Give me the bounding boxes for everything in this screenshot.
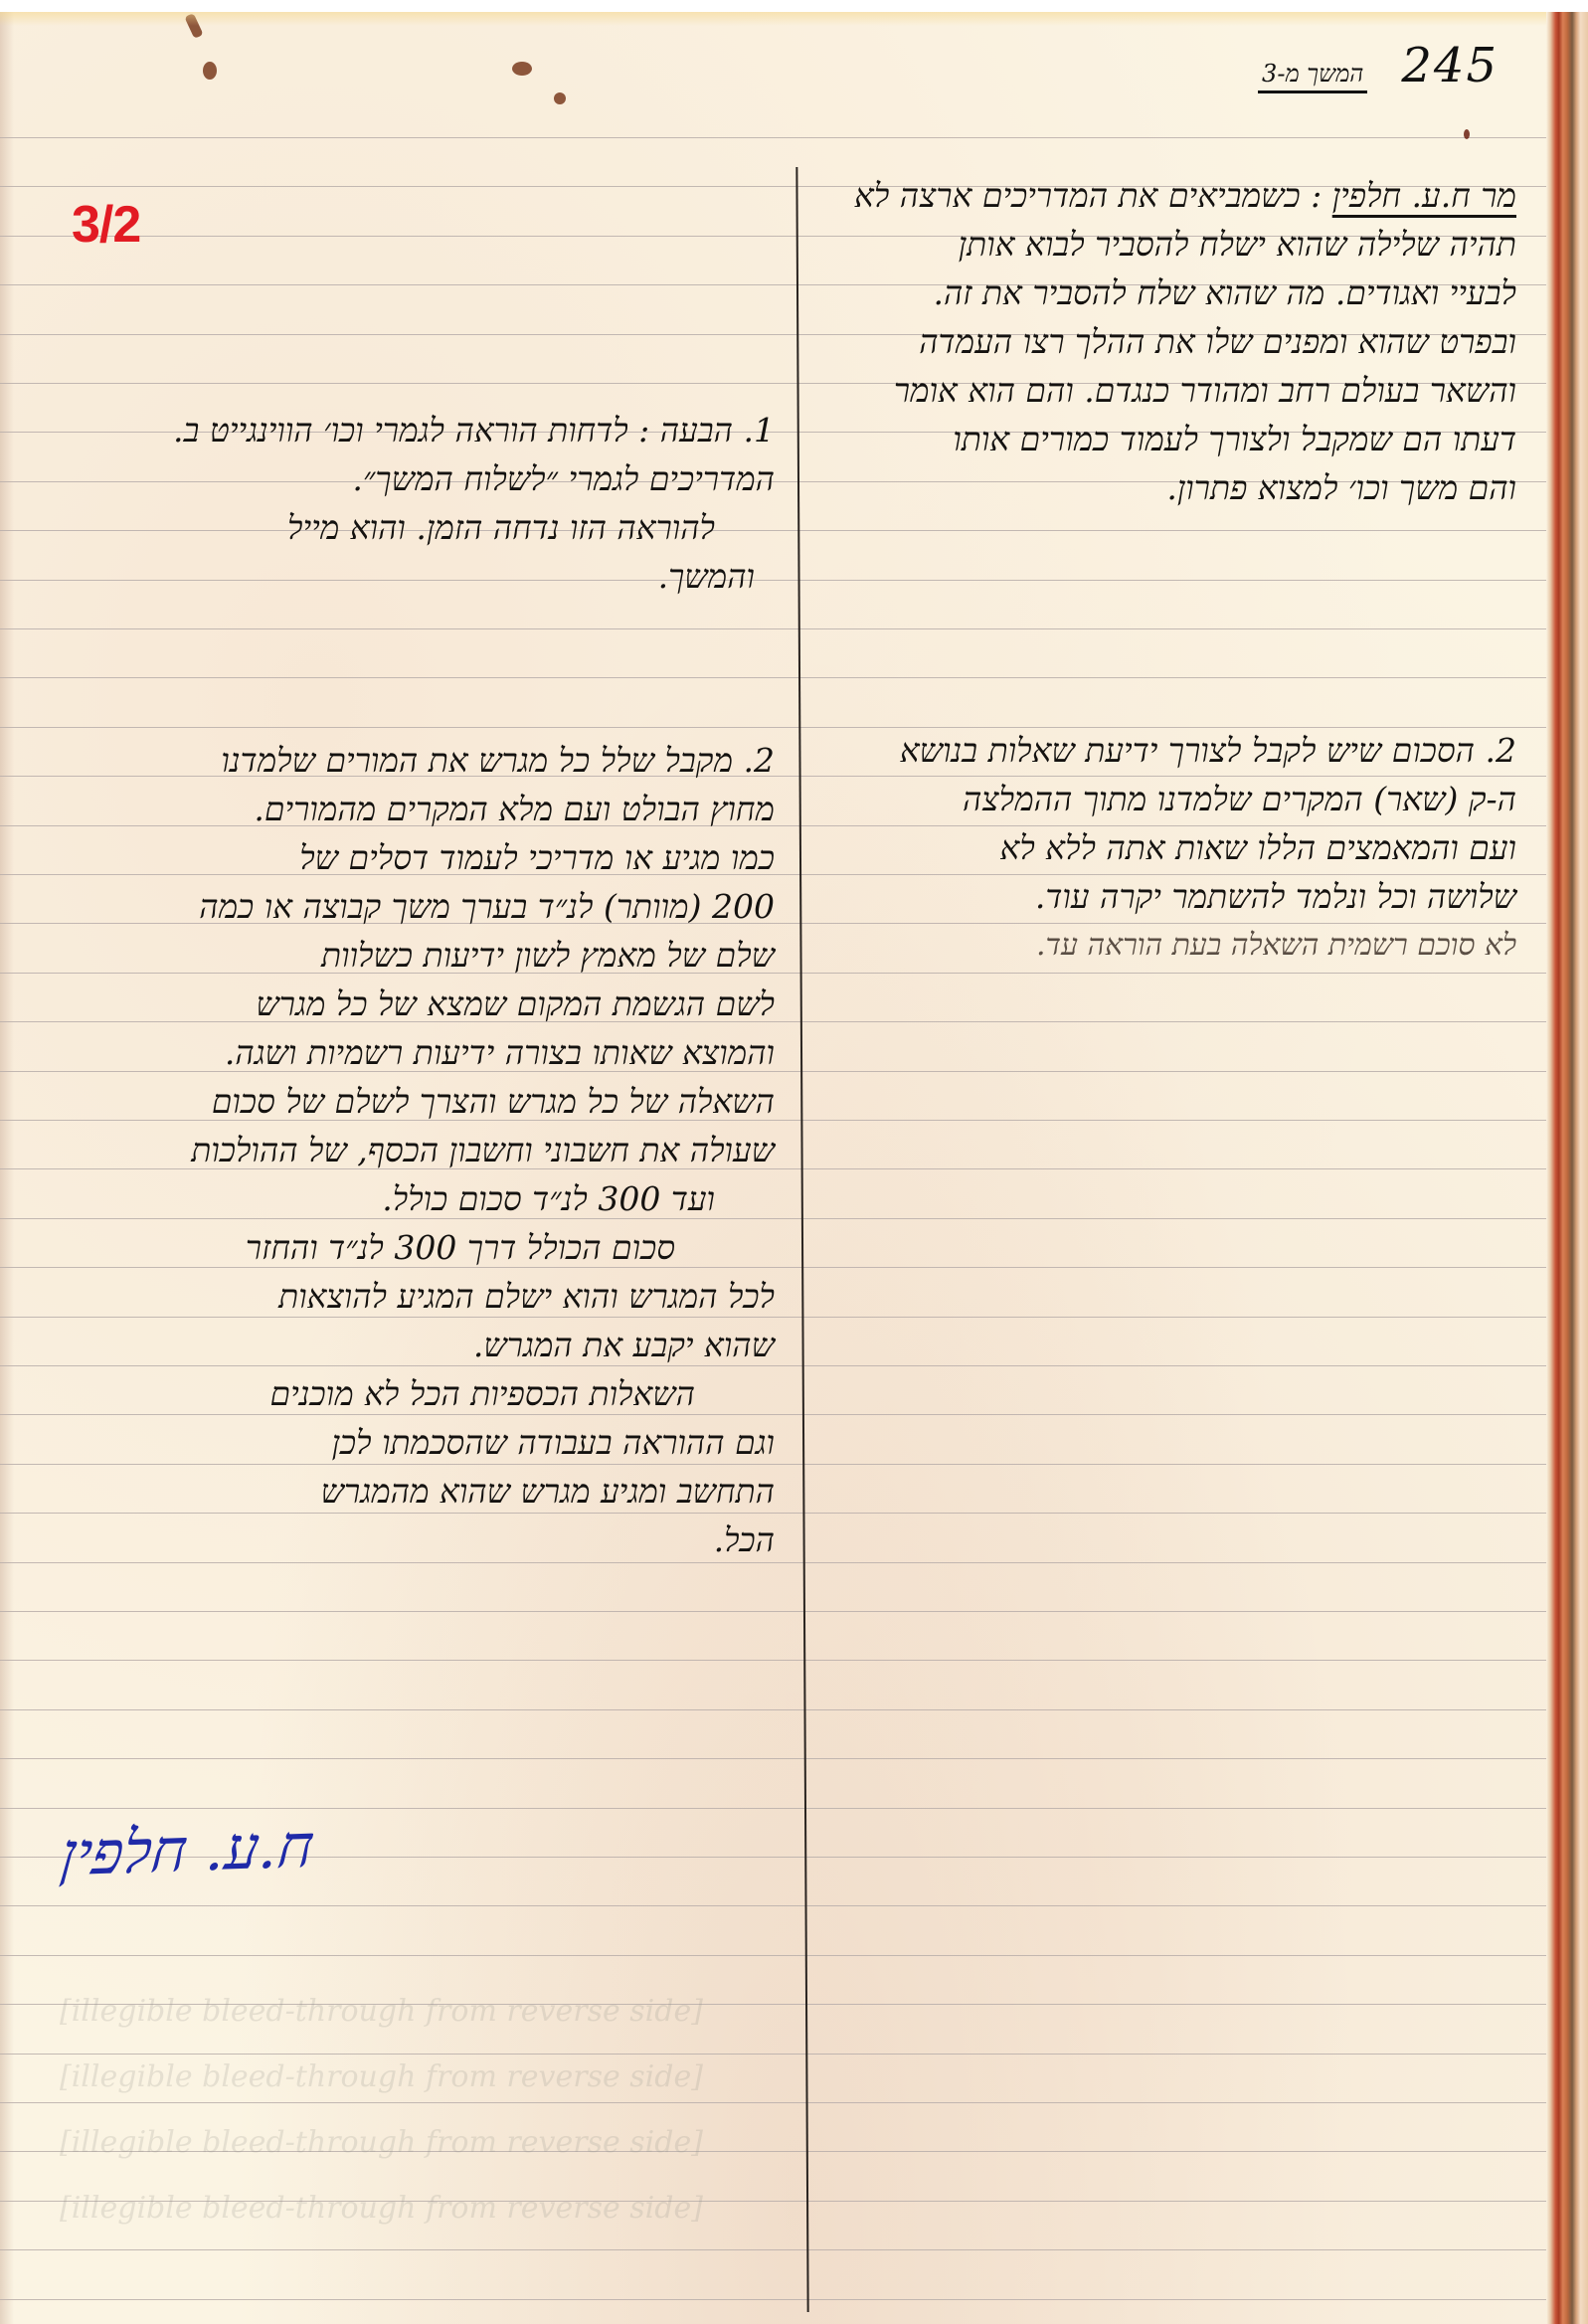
ruled-line	[0, 1709, 1546, 1710]
text-line: שלם של מאמץ לשון ידיעות כשלוות	[79, 931, 775, 980]
ink-stain	[184, 13, 203, 39]
header-title: המשך מ-3	[1258, 60, 1367, 93]
ruled-line	[0, 1808, 1546, 1809]
right-column-block-1: מר ח.ע. חלפין : כשמביאים את המדריכים ארצ…	[820, 171, 1516, 512]
text-line: המדריכים לגמרי ״לשלוח המשך״.	[79, 454, 775, 503]
text-line: וגם ההוראה בעבודה שהסכמתו לכן	[79, 1418, 775, 1467]
text-line: שהוא יקבע את המגרש.	[79, 1321, 775, 1369]
ghost-line: [illegible bleed-through from reverse si…	[60, 2176, 776, 2241]
text-line: סכום הכולל דרך 300 לנ״ד והחזר	[79, 1223, 775, 1272]
text-line: לשם הגשמת המקום שמצא של כל מגרש	[79, 980, 775, 1028]
text-line: התחשב ומגיע מגרש שהוא מהמגרש	[79, 1467, 775, 1516]
ghost-line: [illegible bleed-through from reverse si…	[60, 2110, 776, 2176]
ruled-line	[0, 1955, 1546, 1956]
text-line: להוראה הזו נדחה הזמן. והוא מייל	[79, 503, 775, 552]
signature: ח.ע. חלפין	[58, 1812, 317, 1890]
text-line: הכל.	[79, 1516, 775, 1564]
text-line: ה-ק (שאר) המקרים שלמדנו מתוך ההמלצה	[820, 775, 1516, 823]
ruled-line	[0, 2299, 1546, 2300]
text-line: ובפרט שהוא ומפנים שלו את ההלך רצו העמדה	[820, 317, 1516, 366]
text-line: לבעיי ואגודים. מה שהוא שלח להסביר את זה.	[820, 268, 1516, 317]
text-line: ועם והמאמצים הללו שאות אתה ללא לא	[820, 823, 1516, 872]
page-label: 3/2	[72, 195, 140, 255]
ink-stain	[1464, 129, 1470, 139]
bleed-through-text: [illegible bleed-through from reverse si…	[60, 1979, 776, 2241]
text-line: שעולה את חשבוני וחשבון הכסף, של ההולכות	[79, 1126, 775, 1174]
text-line-rest: : כשמביאים את המדריכים ארצה לא	[854, 176, 1322, 215]
ruled-line	[0, 137, 1546, 138]
text-line-faint: לא סוכם רשמית השאלה בעת הוראה עד.	[820, 921, 1516, 970]
text-line: 1. הבעה : לדחות הוראה לגמרי וכו׳ הווינגי…	[79, 406, 775, 454]
right-column-block-2: 2. הסכום שיש לקבל לצורך ידיעת שאלות בנוש…	[820, 726, 1516, 970]
ruled-line	[0, 628, 1546, 629]
text-line: מר ח.ע. חלפין : כשמביאים את המדריכים ארצ…	[820, 171, 1516, 220]
page-header: המשך מ-3 245	[1258, 38, 1499, 93]
ruled-line	[0, 677, 1546, 678]
text-line: ועד 300 לנ״ד סכום כולל.	[79, 1174, 775, 1223]
ruled-line	[0, 1905, 1546, 1906]
ink-stain	[203, 62, 217, 80]
text-line: 200 (מוותר) לנ״ד בערך משך קבוצה או כמה	[79, 882, 775, 931]
text-line: השאלה של כל מגרש והצרך לשלם של סכום	[79, 1077, 775, 1126]
text-line: והמוצא שאותו בצורה ידיעות רשמיות ושגה.	[79, 1028, 775, 1077]
left-column-block-1: 1. הבעה : לדחות הוראה לגמרי וכו׳ הווינגי…	[79, 406, 775, 601]
ruled-line	[0, 1758, 1546, 1759]
page-number: 245	[1401, 38, 1499, 93]
text-line: 2. הסכום שיש לקבל לצורך ידיעת שאלות בנוש…	[820, 726, 1516, 775]
left-column-block-2: 2. מקבל שלל כל מגרש את המורים שלמדנו מחו…	[79, 736, 775, 1564]
ruled-line	[0, 1611, 1546, 1612]
ruled-line	[0, 1660, 1546, 1661]
page-edge-binding	[1546, 12, 1588, 2324]
text-line: השאלות הכספיות הכל לא מוכנים	[79, 1369, 775, 1418]
text-line: והם משך וכו׳ למצוא פתרון.	[820, 463, 1516, 512]
text-line: תהיה שלילה שהוא ישלח להסביר לבוא אותן	[820, 220, 1516, 268]
text-line: כמו מגיע או מדריכי לעמוד דסלים של	[79, 833, 775, 882]
text-line: והמשך.	[79, 552, 775, 601]
ink-stain	[554, 92, 566, 104]
speaker-name: מר ח.ע. חלפין	[1332, 176, 1516, 215]
text-line: 2. מקבל שלל כל מגרש את המורים שלמדנו	[79, 736, 775, 785]
text-line: והשאר בעולם רחב ומהודר כנגדם. והם הוא או…	[820, 366, 1516, 415]
ruled-line	[0, 2249, 1546, 2250]
ghost-line: [illegible bleed-through from reverse si…	[60, 2045, 776, 2110]
text-line: לכל המגרש והוא ישלם המגיע להוצאות	[79, 1272, 775, 1321]
text-line: דעתו הם שמקבל ולצורך לעמוד כמורים אותו	[820, 415, 1516, 463]
text-line: מחוץ הבולט ועם מלא המקרים מהמורים.	[79, 785, 775, 833]
ghost-line: [illegible bleed-through from reverse si…	[60, 1979, 776, 2045]
text-line: שלושה וכל ונלמד להשתמר יקרה עוד.	[820, 872, 1516, 921]
ink-stain	[512, 62, 532, 76]
